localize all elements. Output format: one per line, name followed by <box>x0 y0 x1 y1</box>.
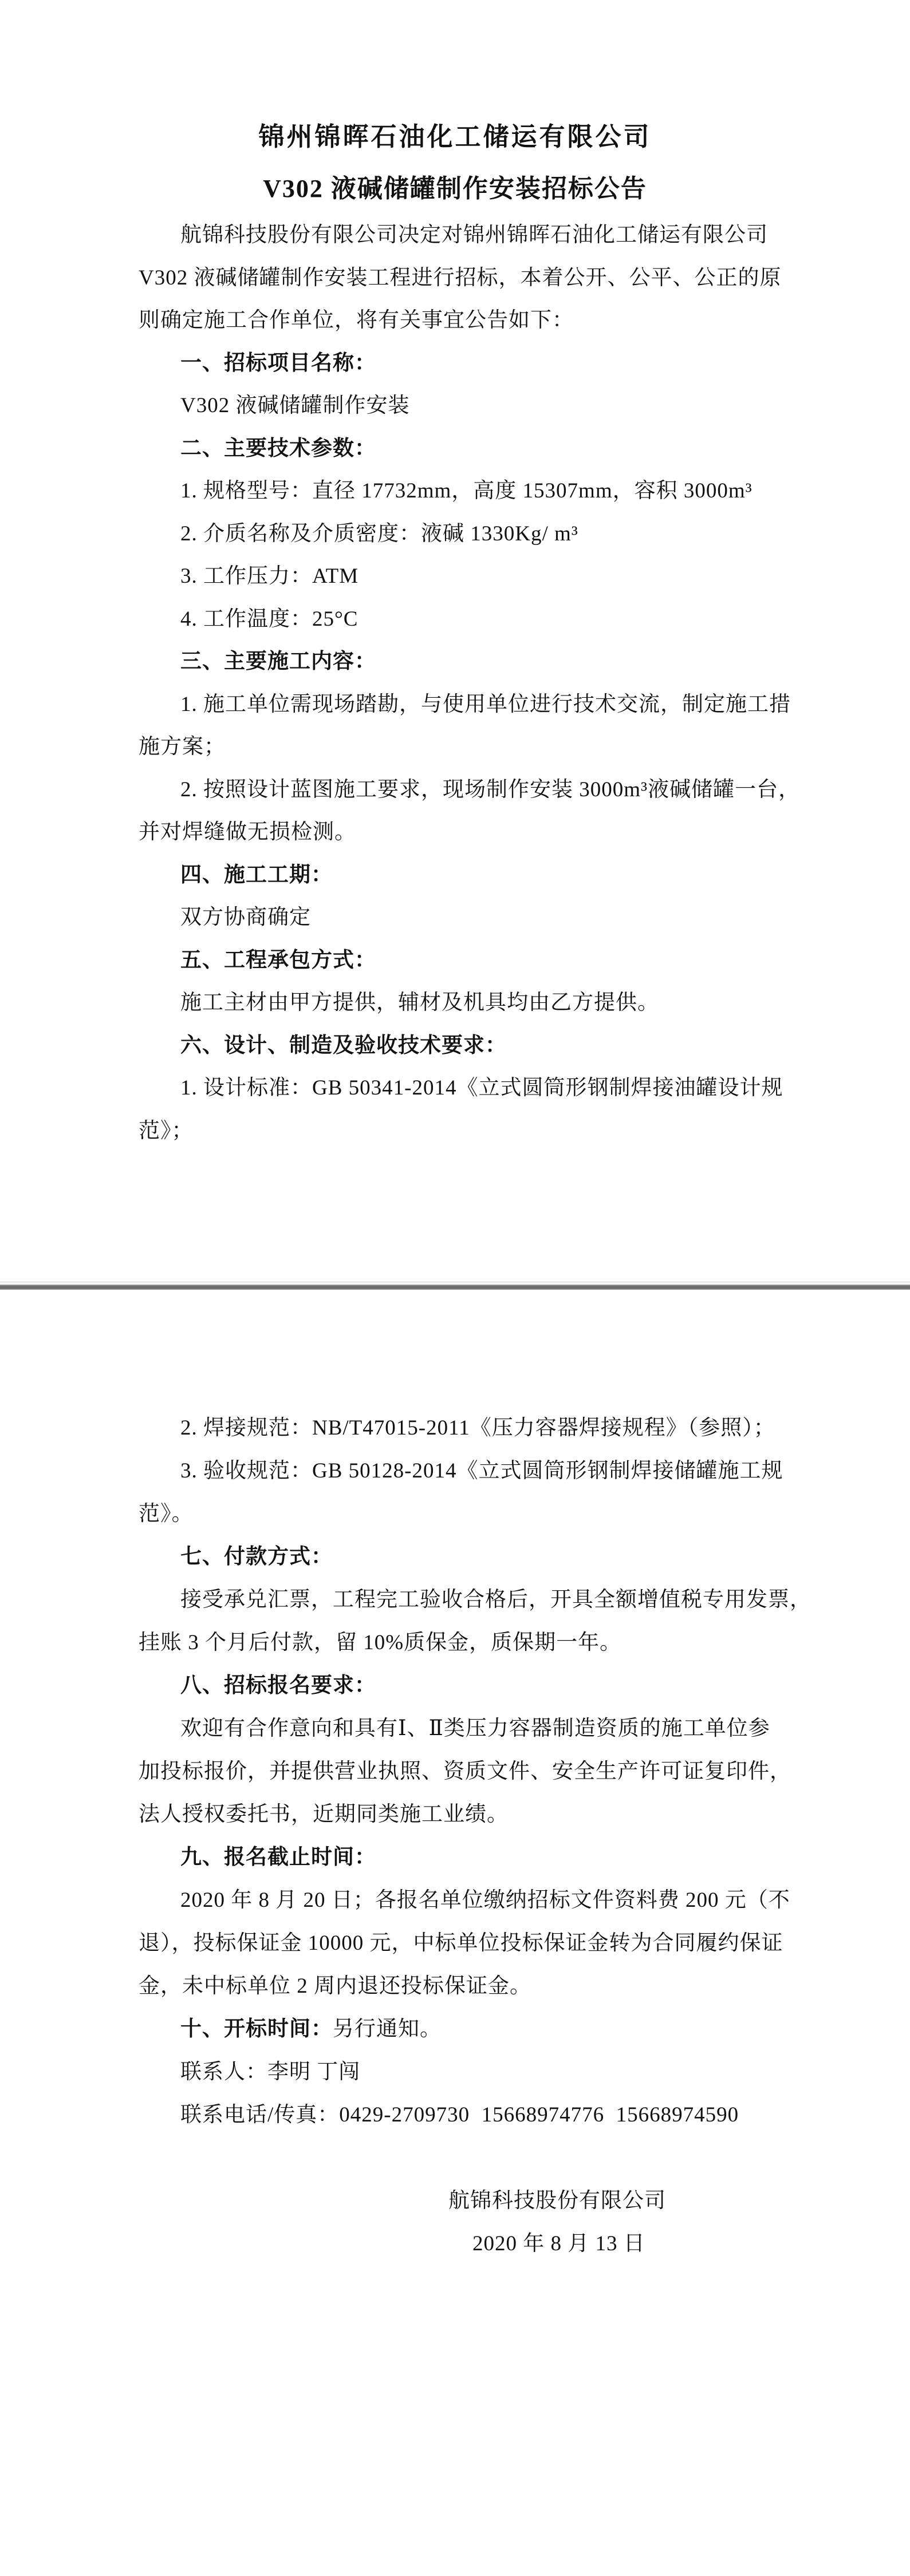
doc-line: 十、开标时间：另行通知。 <box>180 2016 442 2042</box>
doc-line: 4. 工作温度：25°C <box>180 606 358 633</box>
doc-line: 航锦科技股份有限公司 <box>448 2188 666 2214</box>
doc-line-segment: 航锦科技股份有限公司决定对锦州锦晖石油化工储运有限公司 <box>180 223 768 247</box>
doc-line-segment: 4. 工作温度：25°C <box>180 607 358 631</box>
doc-line: 七、付款方式： <box>180 1544 333 1570</box>
doc-line-segment: 八、招标报名要求： <box>180 1674 376 1697</box>
page-divider-highlight <box>0 1281 910 1283</box>
doc-line-segment: 三、主要施工内容： <box>180 650 376 673</box>
doc-line-segment: 六、设计、制造及验收技术要求： <box>180 1034 507 1057</box>
doc-line-segment: 2020 年 8 月 13 日 <box>472 2232 645 2255</box>
doc-line-segment: 接受承兑汇票，工程完工验收合格后，开具全额增值税专用发票， <box>180 1588 811 1611</box>
doc-line: 金，未中标单位 2 周内退还投标保证金。 <box>139 1973 531 2000</box>
doc-line-segment: 1. 施工单位需现场踏勘，与使用单位进行技术交流，制定施工措 <box>180 693 791 716</box>
doc-line: 2. 介质名称及介质密度：液碱 1330Kg/ m³ <box>180 521 578 547</box>
page-divider <box>0 1285 910 1290</box>
doc-line: 并对焊缝做无损检测。 <box>139 819 356 846</box>
doc-line-segment: 一、招标项目名称： <box>180 351 376 375</box>
doc-line-segment: 二、主要技术参数： <box>180 437 376 460</box>
doc-line: 四、施工工期： <box>180 862 333 888</box>
doc-line: 联系人：李明 丁闯 <box>180 2059 360 2085</box>
doc-line: 2020 年 8 月 13 日 <box>472 2231 645 2257</box>
doc-line: 退），投标保证金 10000 元，中标单位投标保证金转为合同履约保证 <box>139 1930 783 1957</box>
doc-line-segment: 3. 工作压力：ATM <box>180 564 359 588</box>
doc-line: V302 液碱储罐制作安装 <box>180 393 409 419</box>
doc-line: 2. 按照设计蓝图施工要求，现场制作安装 3000m³液碱储罐一台， <box>180 777 800 803</box>
doc-line: 加投标报价，并提供营业执照、资质文件、安全生产许可证复印件， <box>139 1759 791 1785</box>
doc-line: 挂账 3 个月后付款，留 10%质保金，质保期一年。 <box>139 1630 621 1656</box>
doc-line-segment: 联系人：李明 丁闯 <box>180 2060 360 2084</box>
doc-line-segment: 2. 按照设计蓝图施工要求，现场制作安装 3000m³液碱储罐一台， <box>180 778 800 801</box>
doc-line-segment: 3. 验收规范：GB 50128-2014《立式圆筒形钢制焊接储罐施工规 <box>180 1459 783 1483</box>
doc-line-segment: 九、报名截止时间： <box>180 1846 376 1869</box>
doc-line-segment: 双方协商确定 <box>180 906 311 929</box>
doc-line: 施工主材由甲方提供，辅材及机具均由乙方提供。 <box>180 990 659 1016</box>
doc-line: 2020 年 8 月 20 日；各报名单位缴纳招标文件资料费 200 元（不 <box>180 1887 790 1914</box>
doc-line-segment: 1. 设计标准：GB 50341-2014《立式圆筒形钢制焊接油罐设计规 <box>180 1076 783 1100</box>
doc-line: 航锦科技股份有限公司决定对锦州锦晖石油化工储运有限公司 <box>180 222 768 248</box>
doc-line-segment: 1. 规格型号：直径 17732mm，高度 15307mm，容积 3000m³ <box>180 479 753 503</box>
doc-line: 双方协商确定 <box>180 904 311 931</box>
doc-line-segment: 欢迎有合作意向和具有Ⅰ、Ⅱ类压力容器制造资质的施工单位参 <box>180 1717 770 1740</box>
doc-line-segment: 挂账 3 个月后付款，留 10%质保金，质保期一年。 <box>139 1631 621 1654</box>
doc-line-segment: 范》； <box>139 1119 194 1143</box>
doc-line-segment: 金，未中标单位 2 周内退还投标保证金。 <box>139 1974 531 1998</box>
doc-line: 施方案； <box>139 734 226 760</box>
doc-line-segment: 另行通知。 <box>333 2017 442 2041</box>
doc-line: 1. 规格型号：直径 17732mm，高度 15307mm，容积 3000m³ <box>180 478 753 504</box>
doc-line: 1. 设计标准：GB 50341-2014《立式圆筒形钢制焊接油罐设计规 <box>180 1075 783 1101</box>
doc-line: 2. 焊接规范：NB/T47015-2011《压力容器焊接规程》（参照）； <box>180 1415 775 1441</box>
doc-line-segment: 则确定施工合作单位，将有关事宜公告如下： <box>139 309 574 332</box>
doc-line: 法人授权委托书，近期同类施工业绩。 <box>139 1801 509 1828</box>
doc-line: 欢迎有合作意向和具有Ⅰ、Ⅱ类压力容器制造资质的施工单位参 <box>180 1716 770 1742</box>
doc-line: 二、主要技术参数： <box>180 436 376 462</box>
doc-line-segment: 2020 年 8 月 20 日；各报名单位缴纳招标文件资料费 200 元（不 <box>180 1888 790 1912</box>
doc-line: 六、设计、制造及验收技术要求： <box>180 1033 507 1059</box>
doc-line: 联系电话/传真：0429-2709730 15668974776 1566897… <box>180 2102 739 2128</box>
doc-line-segment: V302 液碱储罐制作安装 <box>180 394 409 417</box>
doc-line-segment: 范》。 <box>139 1502 194 1526</box>
doc-line: 3. 工作压力：ATM <box>180 563 359 590</box>
doc-line: 范》； <box>139 1118 194 1144</box>
doc-line-segment: 四、施工工期： <box>180 863 333 887</box>
doc-line-segment: 并对焊缝做无损检测。 <box>139 820 356 844</box>
doc-line-segment: 法人授权委托书，近期同类施工业绩。 <box>139 1803 509 1826</box>
doc-line: 范》。 <box>139 1501 194 1527</box>
doc-title-announcement: V302 液碱储罐制作安装招标公告 <box>0 168 910 204</box>
doc-line-segment: 2. 焊接规范：NB/T47015-2011《压力容器焊接规程》（参照）； <box>180 1416 775 1440</box>
doc-title-company: 锦州锦晖石油化工储运有限公司 <box>0 116 910 153</box>
doc-line-segment: 加投标报价，并提供营业执照、资质文件、安全生产许可证复印件， <box>139 1760 791 1783</box>
doc-line-segment: 2. 介质名称及介质密度：液碱 1330Kg/ m³ <box>180 522 578 546</box>
doc-line: 一、招标项目名称： <box>180 350 376 377</box>
doc-line: 三、主要施工内容： <box>180 649 376 675</box>
doc-line: 九、报名截止时间： <box>180 1844 376 1871</box>
doc-line: 3. 验收规范：GB 50128-2014《立式圆筒形钢制焊接储罐施工规 <box>180 1458 783 1484</box>
doc-line: 1. 施工单位需现场踏勘，与使用单位进行技术交流，制定施工措 <box>180 692 791 718</box>
doc-line: 接受承兑汇票，工程完工验收合格后，开具全额增值税专用发票， <box>180 1587 811 1613</box>
doc-line-segment: 联系电话/传真：0429-2709730 15668974776 1566897… <box>180 2103 739 2127</box>
doc-line-segment: 七、付款方式： <box>180 1545 333 1568</box>
doc-line: 五、工程承包方式： <box>180 947 376 974</box>
doc-line-segment: 航锦科技股份有限公司 <box>448 2189 666 2212</box>
doc-line-segment: 施工主材由甲方提供，辅材及机具均由乙方提供。 <box>180 991 659 1014</box>
doc-line-segment: 退），投标保证金 10000 元，中标单位投标保证金转为合同履约保证 <box>139 1931 783 1955</box>
doc-line: 则确定施工合作单位，将有关事宜公告如下： <box>139 307 574 334</box>
doc-line-segment: 施方案； <box>139 735 226 758</box>
doc-line-segment: 五、工程承包方式： <box>180 949 376 972</box>
doc-line-segment: V302 液碱储罐制作安装工程进行招标，本着公开、公平、公正的原 <box>139 266 781 290</box>
document-background: { "document": { "title_line1": "锦州锦晖石油化工… <box>0 0 910 2576</box>
doc-line-segment: 十、开标时间： <box>180 2017 333 2041</box>
doc-line: 八、招标报名要求： <box>180 1673 376 1699</box>
doc-line: V302 液碱储罐制作安装工程进行招标，本着公开、公平、公正的原 <box>139 265 781 291</box>
